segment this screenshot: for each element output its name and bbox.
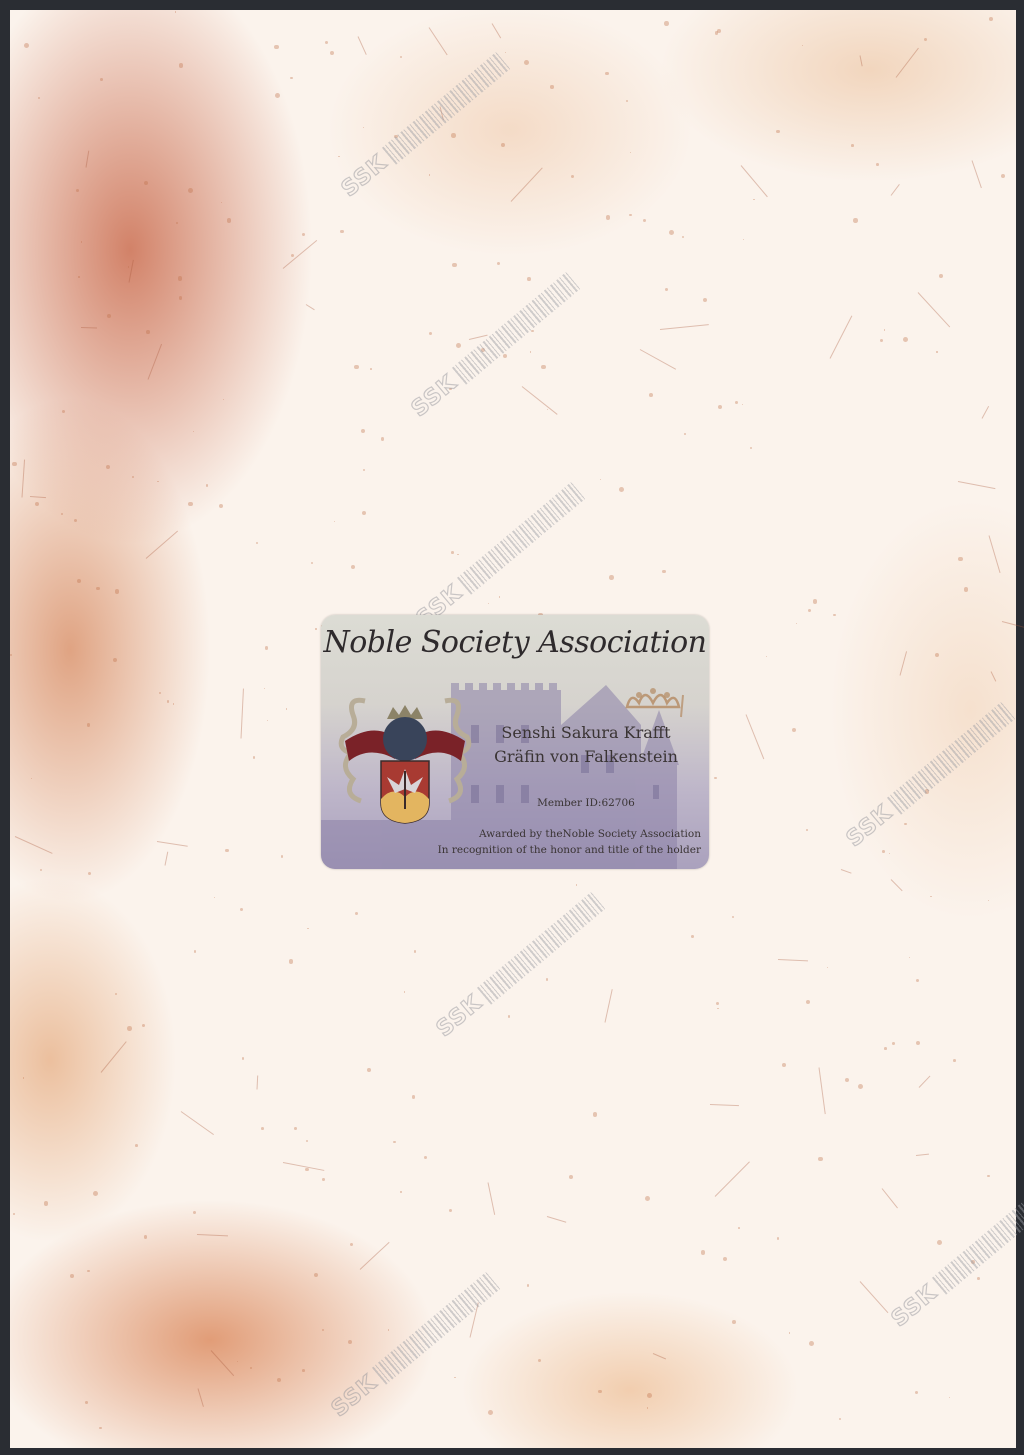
watermark: SSK	[887, 1180, 1024, 1332]
watermark-text: SSK	[337, 150, 392, 202]
watermark-barcode-icon	[456, 481, 585, 594]
watermark-barcode-icon	[381, 51, 510, 164]
watermark: SSK	[327, 1270, 501, 1422]
award-text-line-1: Awarded by theNoble Society Association	[479, 828, 701, 840]
watermark-barcode-icon	[451, 271, 580, 384]
watermark-text: SSK	[887, 1280, 942, 1332]
holder-name: Senshi Sakura Krafft	[471, 723, 701, 742]
watermark-text: SSK	[432, 990, 487, 1042]
watermark-barcode-icon	[476, 891, 605, 1004]
award-text-line-2: In recognition of the honor and title of…	[438, 844, 701, 856]
watermark-barcode-icon	[371, 1271, 500, 1384]
card-title: Noble Society Association	[321, 625, 709, 660]
watermark: SSK	[842, 700, 1016, 852]
watermark-text: SSK	[327, 1370, 382, 1422]
member-id: Member ID:62706	[471, 797, 701, 809]
membership-card: Noble Society Association Senshi Sakura …	[321, 615, 709, 869]
watermark: SSK	[432, 890, 606, 1042]
watermark: SSK	[407, 270, 581, 422]
watermark-text: SSK	[842, 800, 897, 852]
watermark-text: SSK	[407, 370, 462, 422]
holder-title: Gräfin von Falkenstein	[471, 747, 701, 766]
crown-icon	[621, 681, 691, 721]
watermark-barcode-icon	[886, 701, 1015, 814]
watermark: SSK	[412, 480, 586, 632]
coat-of-arms-icon	[335, 681, 475, 831]
